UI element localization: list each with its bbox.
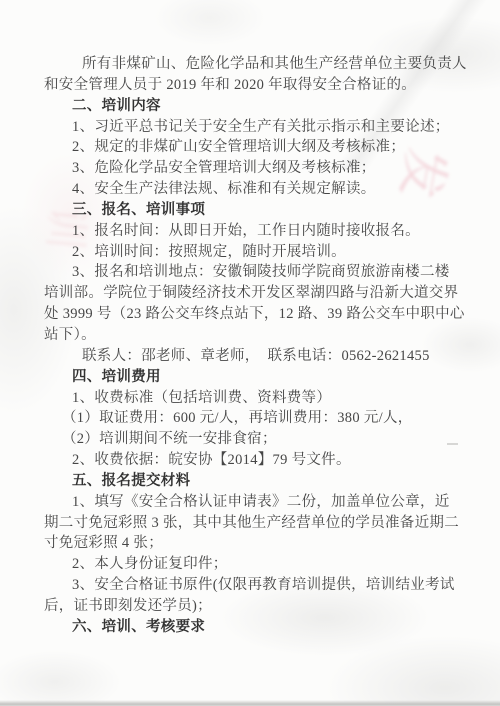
doc-line: 2、本人身份证复印件； xyxy=(44,554,472,575)
section-heading: 二、培训内容 xyxy=(44,96,472,117)
doc-line: 联系人：邵老师、章老师， 联系电话：0562-2621455 xyxy=(44,346,472,367)
doc-line: 后，证书即刻发还学员)； xyxy=(44,596,472,617)
doc-line: 3、危险化学品安全管理培训大纲及考核标准； xyxy=(44,158,472,179)
document-body: 所有非煤矿山、危险化学品和其他生产经营单位主要负责人和安全管理人员于 2019 … xyxy=(44,54,472,638)
doc-line: 和安全管理人员于 2019 年和 2020 年取得安全合格证的。 xyxy=(44,75,472,96)
doc-line: 3、报名和培训地点：安徽铜陵技师学院商贸旅游南楼二楼 xyxy=(44,262,472,283)
doc-line: 3、安全合格证书原件(仅限再教育培训提供，培训结业考试 xyxy=(44,575,472,596)
scanned-document-page: 发 训 所有非煤矿山、危险化学品和其他生产经营单位主要负责人和安全管理人员于 2… xyxy=(0,0,500,706)
section-heading: 六、培训、考核要求 xyxy=(44,617,472,638)
doc-line: 2、规定的非煤矿山安全管理培训大纲及考核标准； xyxy=(44,137,472,158)
doc-line: 2、收费依据：皖安协【2014】79 号文件。 xyxy=(44,450,472,471)
section-heading: 四、培训费用 xyxy=(44,367,472,388)
doc-line: 1、习近平总书记关于安全生产有关批示指示和主要论述； xyxy=(44,117,472,138)
doc-line: 4、安全生产法律法规、标准和有关规定解读。 xyxy=(44,179,472,200)
doc-line: 1、报名时间：从即日开始，工作日内随时接收报名。 xyxy=(44,221,472,242)
section-heading: 五、报名提交材料 xyxy=(44,471,472,492)
doc-line: 培训部。学院位于铜陵经济技术开发区翠湖四路与沿新大道交界 xyxy=(44,283,472,304)
doc-line: 寸免冠彩照 4 张； xyxy=(44,533,472,554)
doc-line: 站下）。 xyxy=(44,325,472,346)
doc-line: 1、收费标准（包括培训费、资料费等） xyxy=(44,388,472,409)
doc-line: 所有非煤矿山、危险化学品和其他生产经营单位主要负责人 xyxy=(44,54,472,75)
doc-line: 1、填写《安全合格认证申请表》二份，加盖单位公章，近 xyxy=(44,492,472,513)
doc-line: （2）培训期间不统一安排食宿； xyxy=(44,429,472,450)
doc-line: 期二寸免冠彩照 3 张，其中其他生产经营单位的学员准备近期二 xyxy=(44,513,472,534)
doc-line: （1）取证费用：600 元/人，再培训费用：380 元/人， xyxy=(44,408,472,429)
scan-edge-shadow xyxy=(0,700,500,706)
doc-line: 处 3999 号（23 路公交车终点站下，12 路、39 路公交车中职中心 xyxy=(44,304,472,325)
section-heading: 三、报名、培训事项 xyxy=(44,200,472,221)
doc-line: 2、培训时间：按照规定，随时开展培训。 xyxy=(44,242,472,263)
